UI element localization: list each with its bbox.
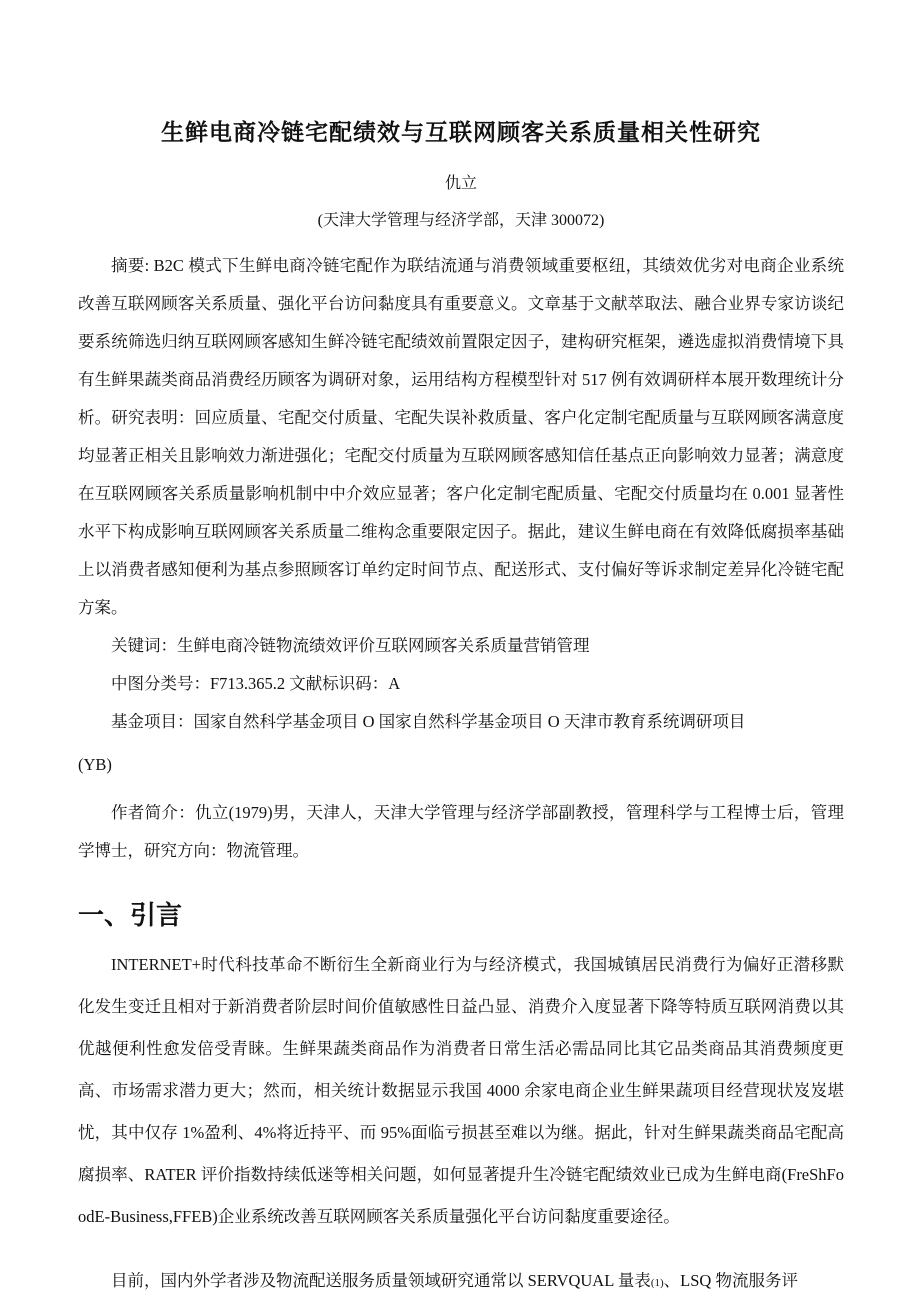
intro-paragraph-2-text: 目前，国内外学者涉及物流配送服务质量领域研究通常以 SERVQUAL 量表 [111,1271,651,1290]
fund-project-line: 基金项目：国家自然科学基金项目 O 国家自然科学基金项目 O 天津市教育系统调研… [78,703,844,741]
fund-project-wrap-line: (YB) [78,746,844,784]
intro-paragraph-2-tail: 、LSQ 物流服务评 [664,1271,798,1290]
section-heading-introduction: 一、引言 [78,898,844,932]
citation-marker-1: (1) [651,1277,664,1289]
clc-classification-line: 中图分类号：F713.365.2 文献标识码：A [78,665,844,703]
keywords-line: 关键词：生鲜电商冷链物流绩效评价互联网顾客关系质量营销管理 [78,627,844,665]
intro-paragraph-2: 目前，国内外学者涉及物流配送服务质量领域研究通常以 SERVQUAL 量表(1)… [78,1260,844,1301]
author-name: 仇立 [78,172,844,196]
author-bio-paragraph: 作者简介：仇立(1979)男，天津人，天津大学管理与经济学部副教授，管理科学与工… [78,794,844,870]
abstract-paragraph: 摘要: B2C 模式下生鲜电商冷链宅配作为联结流通与消费领域重要枢纽，其绩效优劣… [78,247,844,627]
document-page: 生鲜电商冷链宅配绩效与互联网顾客关系质量相关性研究 仇立 (天津大学管理与经济学… [0,0,920,1301]
paper-title: 生鲜电商冷链宅配绩效与互联网顾客关系质量相关性研究 [78,116,844,148]
author-affiliation: (天津大学管理与经济学部，天津 300072) [78,209,844,233]
intro-paragraph-1: INTERNET+时代科技革命不断衍生全新商业行为与经济模式，我国城镇居民消费行… [78,944,844,1238]
